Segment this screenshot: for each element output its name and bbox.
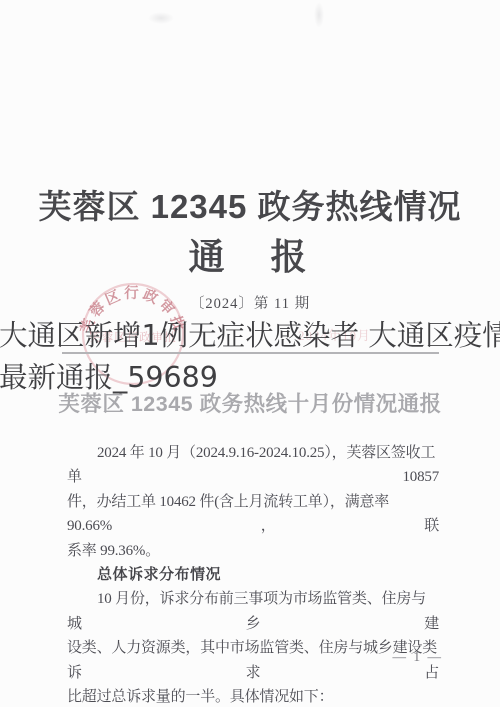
body-line: 系率 99.36%。 (67, 539, 439, 563)
header-separator-line (62, 352, 439, 354)
document-title-line2: 通 报 (0, 229, 500, 280)
issue-number: 〔2024〕第 11 期 (0, 292, 500, 313)
headline-line1: 大通区新增1例无症状感染者 大通区疫情防控 (0, 313, 500, 354)
document-body: 2024 年 10 月（2024.9.16-2024.10.25），芙蓉区签收工… (67, 441, 439, 707)
svg-text:芙蓉区行政审批: 芙蓉区行政审批 (76, 284, 188, 336)
body-line: 2024 年 10 月（2024.9.16-2024.10.25），芙蓉区签收工… (67, 441, 439, 490)
seal-date-fragment: 2024年10月 (298, 325, 371, 344)
body-line: 件，办结工单 10462 件(含上月流转工单），满意率 90.66%，联 (67, 490, 439, 539)
body-line: 10 月份，诉求分布前三事项为市场监管类、住房与城乡建 (67, 587, 439, 636)
seal-arc-text: 芙蓉区行政审批 (76, 284, 188, 336)
body-line: 比超过总诉求量的一半。具体情况如下： (67, 685, 439, 707)
official-seal-stamp: 芙蓉区行政审批 芙蓉区行政审批 (76, 275, 190, 389)
scanned-document-page: 芙蓉区 12345 政务热线情况 通 报 〔2024〕第 11 期 芙蓉区行政审… (0, 0, 500, 707)
seal-center-fragment: 芙蓉区行政审批 (89, 330, 177, 344)
scan-artifact (148, 12, 174, 24)
body-section-heading: 总体诉求分布情况 (67, 563, 439, 587)
body-line: 设类、人力资源类，其中市场监管类、住房与城乡建设类诉求占 (67, 636, 439, 685)
scan-artifact (314, 2, 324, 28)
document-title-line1: 芙蓉区 12345 政务热线情况 (0, 181, 500, 228)
document-subtitle: 芙蓉区 12345 政务热线十月份情况通报 (0, 387, 500, 418)
